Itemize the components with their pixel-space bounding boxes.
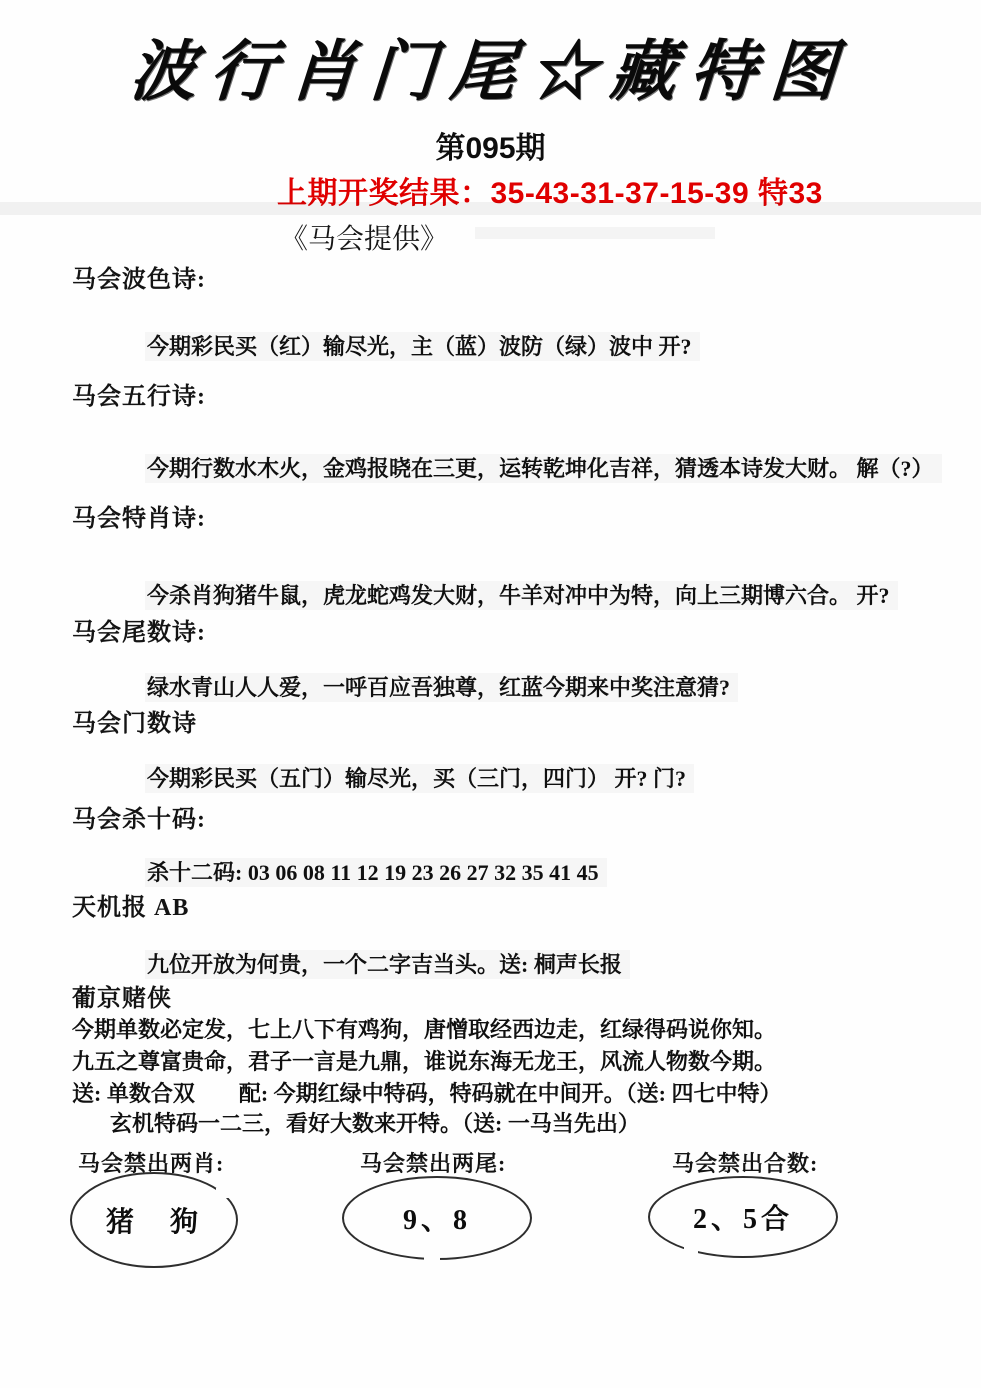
poem-text: 今期彩民买（五门）输尽光，买（三门，四门） 开? 门? (145, 764, 694, 793)
scan-artifact-smudge (475, 227, 715, 239)
section-poem-menshu: 今期彩民买（五门）输尽光，买（三门，四门） 开? 门? (145, 762, 694, 793)
ban-oval-sums: 2、5合 (648, 1176, 838, 1258)
ban-value-tails: 9、8 (403, 1198, 471, 1238)
section-heading-bose: 马会波色诗: (72, 259, 206, 294)
section-heading-weishu: 马会尾数诗: (72, 612, 206, 647)
ban-oval-zodiacs: 猪 狗 (70, 1172, 238, 1268)
pujing-line-4: 玄机特码一二三，看好大数来开特。（送: 一马当先出） (110, 1107, 640, 1138)
tip-sheet-page: 波行肖门尾☆藏特图 第095期 上期开奖结果：35-43-31-37-15-39… (0, 0, 981, 1388)
section-poem-texiao: 今杀肖狗猪牛鼠，虎龙蛇鸡发大财，牛羊对冲中为特，向上三期博六合。 开? (145, 579, 898, 610)
section-kill-codes: 杀十二码: 03 06 08 11 12 19 23 26 27 32 35 4… (145, 856, 607, 887)
poem-text: 今期彩民买（红）输尽光，主（蓝）波防（绿）波中 开? (145, 332, 700, 361)
pujing-line-1: 今期单数必定发，七上八下有鸡狗，唐憎取经西边走，红绿得码说你知。 (72, 1013, 776, 1044)
tianji-heading: 天机报 AB (72, 887, 189, 922)
ban-oval-tails: 9、8 (342, 1176, 532, 1260)
poem-text: 绿水青山人人爱，一呼百应吾独尊，红蓝今期来中奖注意猜? (145, 673, 738, 702)
kill-codes-text: 杀十二码: 03 06 08 11 12 19 23 26 27 32 35 4… (145, 858, 607, 887)
section-heading-texiao: 马会特肖诗: (72, 498, 206, 533)
poem-text: 今期行数水木火，金鸡报晓在三更，运转乾坤化吉祥，猜透本诗发大财。 解（?） (145, 454, 942, 483)
page-title: 波行肖门尾☆藏特图 (0, 18, 981, 113)
section-poem-bose: 今期彩民买（红）输尽光，主（蓝）波防（绿）波中 开? (145, 330, 700, 361)
section-heading-shama: 马会杀十码: (72, 799, 206, 834)
pujing-heading: 葡京赌侠 (72, 978, 172, 1013)
oval-stroke-gap (684, 1247, 698, 1256)
pujing-line-3: 送: 单数合双 配: 今期红绿中特码，特码就在中间开。（送: 四七中特） (72, 1077, 781, 1108)
oval-stroke-gap (424, 1252, 440, 1260)
ban-label-tails: 马会禁出两尾: (360, 1147, 506, 1178)
oval-stroke-gap (216, 1188, 230, 1198)
ban-value-sums: 2、5合 (693, 1197, 793, 1237)
section-poem-wuxing: 今期行数水木火，金鸡报晓在三更，运转乾坤化吉祥，猜透本诗发大财。 解（?） (145, 452, 942, 483)
pujing-line-2: 九五之尊富贵命，君子一言是九鼎，谁说东海无龙王，风流人物数今期。 (72, 1045, 776, 1076)
ban-label-sums: 马会禁出合数: (672, 1147, 818, 1178)
tianji-poem: 九位开放为何贵，一个二字吉当头。送: 桐声长报 (145, 948, 630, 979)
issue-number: 第095期 (0, 123, 981, 167)
section-heading-menshu: 马会门数诗 (72, 703, 197, 738)
section-heading-wuxing: 马会五行诗: (72, 376, 206, 411)
last-draw-result: 上期开奖结果：35-43-31-37-15-39 特33 (277, 168, 823, 212)
provider-note: 《马会提供》 (280, 217, 448, 257)
ban-value-zodiacs: 猪 狗 (106, 1200, 202, 1240)
section-poem-weishu: 绿水青山人人爱，一呼百应吾独尊，红蓝今期来中奖注意猜? (145, 671, 738, 702)
poem-text: 今杀肖狗猪牛鼠，虎龙蛇鸡发大财，牛羊对冲中为特，向上三期博六合。 开? (145, 581, 898, 610)
poem-text: 九位开放为何贵，一个二字吉当头。送: 桐声长报 (145, 950, 630, 979)
